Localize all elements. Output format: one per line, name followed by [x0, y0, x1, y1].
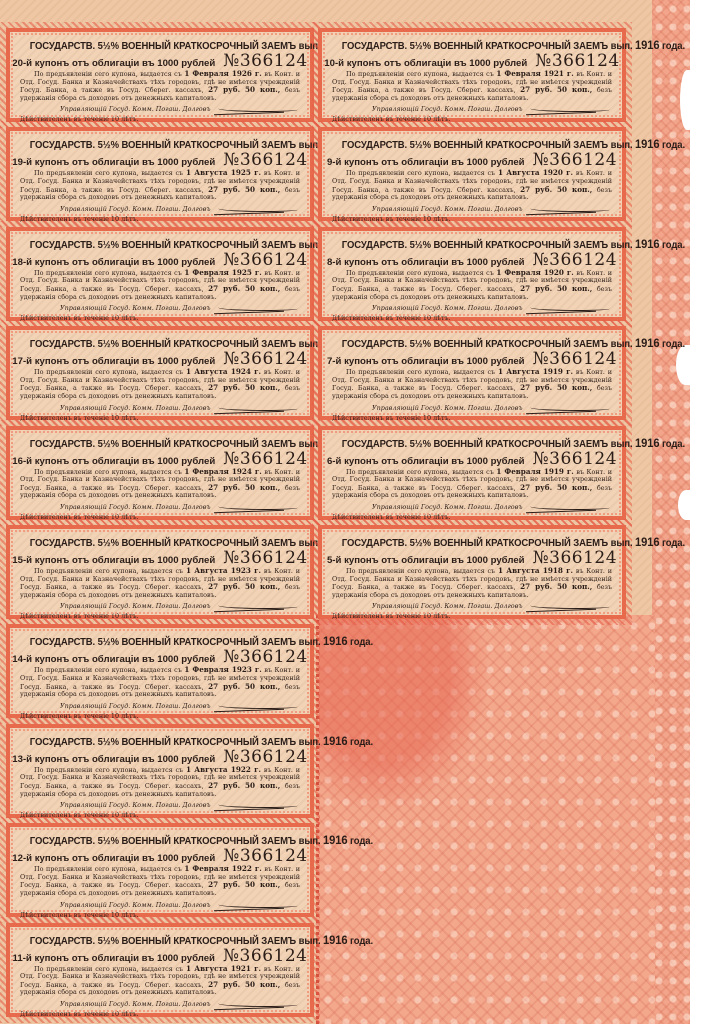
coupon-title-text: ГОСУДАРСТВ. 5½% ВОЕННЫЙ КРАТКОСРОЧНЫЙ ЗА… [342, 240, 633, 251]
coupon-suffix: купонъ отъ облигаціи въ 1000 рублей [34, 953, 215, 964]
validity-text: Дѣйствителенъ въ теченіе 10 лѣтъ. [20, 513, 300, 521]
coupon-6: ГОСУДАРСТВ. 5½% ВОЕННЫЙ КРАТКОСРОЧНЫЙ ЗА… [318, 426, 626, 520]
signatory-title: Управляющій Госуд. Комм. Погаш. Долговъ [60, 602, 211, 610]
coupon-title: ГОСУДАРСТВ. 5½% ВОЕННЫЙ КРАТКОСРОЧНЫЙ ЗА… [342, 38, 602, 52]
serial-number: №366124 [223, 649, 307, 665]
signature-line: Управляющій Госуд. Комм. Погаш. Долговъ [332, 203, 612, 215]
coupon-header-line: 15-й купонъ отъ облигаціи въ 1000 рублей… [20, 550, 300, 566]
coupon-title-text: ГОСУДАРСТВ. 5½% ВОЕННЫЙ КРАТКОСРОЧНЫЙ ЗА… [30, 637, 321, 648]
coupon-10: ГОСУДАРСТВ. 5½% ВОЕННЫЙ КРАТКОСРОЧНЫЙ ЗА… [318, 28, 626, 122]
signature-icon [214, 103, 300, 115]
signature-icon [214, 600, 300, 612]
signatory-title: Управляющій Госуд. Комм. Погаш. Долговъ [60, 1000, 211, 1008]
coupon-14: ГОСУДАРСТВ. 5½% ВОЕННЫЙ КРАТКОСРОЧНЫЙ ЗА… [6, 624, 314, 718]
coupon-title-text: ГОСУДАРСТВ. 5½% ВОЕННЫЙ КРАТКОСРОЧНЫЙ ЗА… [30, 339, 321, 350]
coupon-8: ГОСУДАРСТВ. 5½% ВОЕННЫЙ КРАТКОСРОЧНЫЙ ЗА… [318, 227, 626, 321]
signature-line: Управляющій Госуд. Комм. Погаш. Долговъ [332, 501, 612, 513]
coupon-title-suffix: года. [662, 339, 685, 350]
coupon-title: ГОСУДАРСТВ. 5½% ВОЕННЫЙ КРАТКОСРОЧНЫЙ ЗА… [342, 436, 602, 450]
coupon-amount: 27 руб. 50 коп., [208, 185, 280, 194]
coupon-13: ГОСУДАРСТВ. 5½% ВОЕННЫЙ КРАТКОСРОЧНЫЙ ЗА… [6, 724, 314, 818]
coupon-body: По предъявленіи сего купона, выдается съ… [332, 269, 612, 301]
coupon-suffix: купонъ отъ облигаціи въ 1000 рублей [35, 654, 216, 665]
signature-icon [526, 402, 612, 414]
coupon-body: По предъявленіи сего купона, выдается съ… [20, 368, 300, 400]
coupon-title-year: 1916 [323, 634, 347, 648]
coupon-label: 7-й купонъ отъ облигаціи въ 1000 рублей [327, 356, 525, 367]
coupon-title-year: 1916 [635, 436, 659, 450]
torn-edge [680, 70, 694, 130]
coupon-title-suffix: года. [662, 439, 685, 450]
coupon-15: ГОСУДАРСТВ. 5½% ВОЕННЫЙ КРАТКОСРОЧНЫЙ ЗА… [6, 525, 314, 619]
serial-number: №366124 [533, 152, 617, 168]
torn-edge [678, 490, 694, 520]
coupon-amount: 27 руб. 50 коп., [208, 483, 280, 492]
signature-line: Управляющій Госуд. Комм. Погаш. Долговъ [20, 799, 300, 811]
coupon-label: 14-й купонъ отъ облигаціи въ 1000 рублей [12, 654, 215, 665]
coupon-amount: 27 руб. 50 коп., [208, 284, 280, 293]
validity-text: Дѣйствителенъ въ теченіе 10 лѣтъ. [332, 414, 612, 422]
signature-line: Управляющій Госуд. Комм. Погаш. Долговъ [20, 899, 300, 911]
guilloche-panel [316, 615, 655, 1024]
coupon-number: 10-й [324, 58, 344, 69]
serial-number: №366124 [533, 351, 617, 367]
coupon-title-text: ГОСУДАРСТВ. 5½% ВОЕННЫЙ КРАТКОСРОЧНЫЙ ЗА… [30, 936, 321, 947]
coupon-title-year: 1916 [635, 38, 659, 52]
coupon-20: ГОСУДАРСТВ. 5½% ВОЕННЫЙ КРАТКОСРОЧНЫЙ ЗА… [6, 28, 314, 122]
coupon-title: ГОСУДАРСТВ. 5½% ВОЕННЫЙ КРАТКОСРОЧНЫЙ ЗА… [30, 933, 290, 947]
coupon-title-suffix: года. [662, 140, 685, 151]
validity-text: Дѣйствителенъ въ теченіе 10 лѣтъ. [20, 314, 300, 322]
coupon-header-line: 5-й купонъ отъ облигаціи въ 1000 рублей … [332, 550, 612, 566]
coupon-number: 20-й [12, 58, 32, 69]
coupon-16: ГОСУДАРСТВ. 5½% ВОЕННЫЙ КРАТКОСРОЧНЫЙ ЗА… [6, 426, 314, 520]
coupon-label: 12-й купонъ отъ облигаціи въ 1000 рублей [12, 853, 215, 864]
coupon-11: ГОСУДАРСТВ. 5½% ВОЕННЫЙ КРАТКОСРОЧНЫЙ ЗА… [6, 923, 314, 1017]
signature-icon [214, 799, 300, 811]
coupon-amount: 27 руб. 50 коп., [520, 185, 592, 194]
coupon-body: По предъявленіи сего купона, выдается съ… [20, 169, 300, 201]
coupon-amount: 27 руб. 50 коп., [208, 582, 280, 591]
coupon-body: По предъявленіи сего купона, выдается съ… [332, 567, 612, 599]
coupon-label: 11-й купонъ отъ облигаціи въ 1000 рублей [13, 953, 215, 964]
coupon-label: 9-й купонъ отъ облигаціи въ 1000 рублей [327, 157, 525, 168]
signature-line: Управляющій Госуд. Комм. Погаш. Долговъ [332, 402, 612, 414]
coupon-suffix: купонъ отъ облигаціи въ 1000 рублей [344, 456, 525, 467]
serial-number: №366124 [223, 451, 307, 467]
signature-line: Управляющій Госуд. Комм. Погаш. Долговъ [20, 302, 300, 314]
coupon-suffix: купонъ отъ облигаціи въ 1000 рублей [344, 257, 525, 268]
coupon-header-line: 12-й купонъ отъ облигаціи въ 1000 рублей… [20, 848, 300, 864]
coupon-number: 6-й [327, 456, 341, 467]
serial-number: №366124 [535, 53, 619, 69]
coupon-amount: 27 руб. 50 коп., [208, 682, 280, 691]
signature-icon [214, 402, 300, 414]
coupon-amount: 27 руб. 50 коп., [520, 383, 592, 392]
coupon-header-line: 7-й купонъ отъ облигаціи въ 1000 рублей … [332, 351, 612, 367]
coupon-title-suffix: года. [350, 637, 373, 648]
coupon-number: 18-й [12, 257, 32, 268]
coupon-amount: 27 руб. 50 коп., [208, 383, 280, 392]
coupon-body: По предъявленіи сего купона, выдается съ… [20, 865, 300, 897]
coupon-header-line: 18-й купонъ отъ облигаціи въ 1000 рублей… [20, 252, 300, 268]
coupon-17: ГОСУДАРСТВ. 5½% ВОЕННЫЙ КРАТКОСРОЧНЫЙ ЗА… [6, 326, 314, 420]
coupon-label: 18-й купонъ отъ облигаціи въ 1000 рублей [12, 257, 215, 268]
coupon-label: 17-й купонъ отъ облигаціи въ 1000 рублей [12, 356, 215, 367]
coupon-body: По предъявленіи сего купона, выдается съ… [20, 269, 300, 301]
signature-line: Управляющій Госуд. Комм. Погаш. Долговъ [20, 700, 300, 712]
signatory-title: Управляющій Госуд. Комм. Погаш. Долговъ [60, 901, 211, 909]
coupon-number: 17-й [12, 356, 32, 367]
coupon-title-year: 1916 [635, 237, 659, 251]
coupon-header-line: 10-й купонъ отъ облигаціи въ 1000 рублей… [332, 53, 612, 69]
coupon-header-line: 19-й купонъ отъ облигаціи въ 1000 рублей… [20, 152, 300, 168]
coupon-label: 6-й купонъ отъ облигаціи въ 1000 рублей [327, 456, 525, 467]
coupon-title: ГОСУДАРСТВ. 5½% ВОЕННЫЙ КРАТКОСРОЧНЫЙ ЗА… [30, 634, 290, 648]
coupon-title: ГОСУДАРСТВ. 5½% ВОЕННЫЙ КРАТКОСРОЧНЫЙ ЗА… [30, 137, 290, 151]
coupon-number: 13-й [12, 754, 32, 765]
coupon-suffix: купонъ отъ облигаціи въ 1000 рублей [344, 555, 525, 566]
coupon-title-suffix: года. [662, 538, 685, 549]
coupon-7: ГОСУДАРСТВ. 5½% ВОЕННЫЙ КРАТКОСРОЧНЫЙ ЗА… [318, 326, 626, 420]
coupon-title: ГОСУДАРСТВ. 5½% ВОЕННЫЙ КРАТКОСРОЧНЫЙ ЗА… [30, 237, 290, 251]
coupon-header-line: 14-й купонъ отъ облигаціи въ 1000 рублей… [20, 649, 300, 665]
coupon-suffix: купонъ отъ облигаціи въ 1000 рублей [344, 356, 525, 367]
signature-icon [526, 302, 612, 314]
serial-number: №366124 [223, 749, 307, 765]
coupon-number: 15-й [12, 555, 32, 566]
coupon-number: 9-й [327, 157, 341, 168]
signature-line: Управляющій Госуд. Комм. Погаш. Долговъ [332, 600, 612, 612]
coupon-number: 7-й [327, 356, 341, 367]
coupon-19: ГОСУДАРСТВ. 5½% ВОЕННЫЙ КРАТКОСРОЧНЫЙ ЗА… [6, 127, 314, 221]
signature-icon [526, 103, 612, 115]
coupon-title-text: ГОСУДАРСТВ. 5½% ВОЕННЫЙ КРАТКОСРОЧНЫЙ ЗА… [342, 538, 633, 549]
signature-icon [526, 600, 612, 612]
coupon-label: 8-й купонъ отъ облигаціи въ 1000 рублей [327, 257, 525, 268]
coupon-title-year: 1916 [635, 137, 659, 151]
coupon-number: 19-й [12, 157, 32, 168]
validity-text: Дѣйствителенъ въ теченіе 10 лѣтъ. [20, 414, 300, 422]
coupon-suffix: купонъ отъ облигаціи въ 1000 рублей [35, 157, 216, 168]
signature-line: Управляющій Госуд. Комм. Погаш. Долговъ [332, 103, 612, 115]
signature-icon [214, 203, 300, 215]
coupon-amount: 27 руб. 50 коп., [520, 483, 592, 492]
validity-text: Дѣйствителенъ въ теченіе 10 лѣтъ. [332, 612, 612, 620]
coupon-title: ГОСУДАРСТВ. 5½% ВОЕННЫЙ КРАТКОСРОЧНЫЙ ЗА… [342, 336, 602, 350]
validity-text: Дѣйствителенъ въ теченіе 10 лѣтъ. [332, 215, 612, 223]
coupon-suffix: купонъ отъ облигаціи въ 1000 рублей [35, 257, 216, 268]
serial-number: №366124 [223, 252, 307, 268]
coupon-title-year: 1916 [323, 833, 347, 847]
coupon-title: ГОСУДАРСТВ. 5½% ВОЕННЫЙ КРАТКОСРОЧНЫЙ ЗА… [342, 237, 602, 251]
signatory-title: Управляющій Госуд. Комм. Погаш. Долговъ [372, 602, 523, 610]
coupon-9: ГОСУДАРСТВ. 5½% ВОЕННЫЙ КРАТКОСРОЧНЫЙ ЗА… [318, 127, 626, 221]
serial-number: №366124 [223, 550, 307, 566]
coupon-suffix: купонъ отъ облигаціи въ 1000 рублей [347, 58, 528, 69]
signatory-title: Управляющій Госуд. Комм. Погаш. Долговъ [60, 205, 211, 213]
signatory-title: Управляющій Госуд. Комм. Погаш. Долговъ [60, 503, 211, 511]
coupon-header-line: 20-й купонъ отъ облигаціи въ 1000 рублей… [20, 53, 300, 69]
coupon-number: 14-й [12, 654, 32, 665]
coupon-amount: 27 руб. 50 коп., [520, 582, 592, 591]
coupon-body: По предъявленіи сего купона, выдается съ… [20, 468, 300, 500]
coupon-5: ГОСУДАРСТВ. 5½% ВОЕННЫЙ КРАТКОСРОЧНЫЙ ЗА… [318, 525, 626, 619]
coupon-number: 5-й [327, 555, 341, 566]
coupon-label: 10-й купонъ отъ облигаціи въ 1000 рублей [324, 58, 527, 69]
coupon-header-line: 17-й купонъ отъ облигаціи въ 1000 рублей… [20, 351, 300, 367]
coupon-body: По предъявленіи сего купона, выдается съ… [332, 70, 612, 102]
signature-icon [214, 899, 300, 911]
coupon-body: По предъявленіи сего купона, выдается съ… [20, 766, 300, 798]
coupon-label: 19-й купонъ отъ облигаціи въ 1000 рублей [12, 157, 215, 168]
coupon-suffix: купонъ отъ облигаціи въ 1000 рублей [35, 853, 216, 864]
coupon-title-suffix: года. [350, 737, 373, 748]
coupon-suffix: купонъ отъ облигаціи въ 1000 рублей [35, 456, 216, 467]
signatory-title: Управляющій Госуд. Комм. Погаш. Долговъ [372, 205, 523, 213]
signatory-title: Управляющій Госуд. Комм. Погаш. Долговъ [60, 105, 211, 113]
coupon-title: ГОСУДАРСТВ. 5½% ВОЕННЫЙ КРАТКОСРОЧНЫЙ ЗА… [30, 734, 290, 748]
validity-text: Дѣйствителенъ въ теченіе 10 лѣтъ. [20, 911, 300, 919]
coupon-title-text: ГОСУДАРСТВ. 5½% ВОЕННЫЙ КРАТКОСРОЧНЫЙ ЗА… [30, 737, 321, 748]
coupon-label: 16-й купонъ отъ облигаціи въ 1000 рублей [12, 456, 215, 467]
coupon-suffix: купонъ отъ облигаціи въ 1000 рублей [35, 58, 216, 69]
coupon-title-text: ГОСУДАРСТВ. 5½% ВОЕННЫЙ КРАТКОСРОЧНЫЙ ЗА… [30, 439, 321, 450]
signature-line: Управляющій Госуд. Комм. Погаш. Долговъ [20, 402, 300, 414]
coupon-body: По предъявленіи сего купона, выдается съ… [20, 666, 300, 698]
coupon-title: ГОСУДАРСТВ. 5½% ВОЕННЫЙ КРАТКОСРОЧНЫЙ ЗА… [30, 535, 290, 549]
coupon-18: ГОСУДАРСТВ. 5½% ВОЕННЫЙ КРАТКОСРОЧНЫЙ ЗА… [6, 227, 314, 321]
coupon-title: ГОСУДАРСТВ. 5½% ВОЕННЫЙ КРАТКОСРОЧНЫЙ ЗА… [30, 336, 290, 350]
serial-number: №366124 [223, 152, 307, 168]
signatory-title: Управляющій Госуд. Комм. Погаш. Долговъ [60, 801, 211, 809]
coupon-body: По предъявленіи сего купона, выдается съ… [20, 965, 300, 997]
coupon-header-line: 11-й купонъ отъ облигаціи въ 1000 рублей… [20, 948, 300, 964]
signature-icon [526, 203, 612, 215]
serial-number: №366124 [533, 550, 617, 566]
coupon-title: ГОСУДАРСТВ. 5½% ВОЕННЫЙ КРАТКОСРОЧНЫЙ ЗА… [342, 137, 602, 151]
coupon-amount: 27 руб. 50 коп., [520, 284, 592, 293]
coupon-amount: 27 руб. 50 коп., [208, 880, 280, 889]
serial-number: №366124 [223, 351, 307, 367]
coupon-12: ГОСУДАРСТВ. 5½% ВОЕННЫЙ КРАТКОСРОЧНЫЙ ЗА… [6, 823, 314, 917]
coupon-title-text: ГОСУДАРСТВ. 5½% ВОЕННЫЙ КРАТКОСРОЧНЫЙ ЗА… [342, 41, 633, 52]
coupon-title-suffix: года. [350, 836, 373, 847]
coupon-label: 15-й купонъ отъ облигаціи въ 1000 рублей [12, 555, 215, 566]
coupon-amount: 27 руб. 50 коп., [208, 781, 280, 790]
signatory-title: Управляющій Госуд. Комм. Погаш. Долговъ [60, 304, 211, 312]
coupon-title-year: 1916 [323, 734, 347, 748]
signatory-title: Управляющій Госуд. Комм. Погаш. Долговъ [60, 702, 211, 710]
signature-icon [214, 501, 300, 513]
coupon-suffix: купонъ отъ облигаціи въ 1000 рублей [35, 754, 216, 765]
coupon-title-text: ГОСУДАРСТВ. 5½% ВОЕННЫЙ КРАТКОСРОЧНЫЙ ЗА… [342, 140, 633, 151]
coupon-header-line: 9-й купонъ отъ облигаціи въ 1000 рублей … [332, 152, 612, 168]
validity-text: Дѣйствителенъ въ теченіе 10 лѣтъ. [332, 115, 612, 123]
signature-line: Управляющій Госуд. Комм. Погаш. Долговъ [20, 501, 300, 513]
serial-number: №366124 [533, 252, 617, 268]
serial-number: №366124 [533, 451, 617, 467]
coupon-label: 20-й купонъ отъ облигаціи въ 1000 рублей [12, 58, 215, 69]
coupon-title-text: ГОСУДАРСТВ. 5½% ВОЕННЫЙ КРАТКОСРОЧНЫЙ ЗА… [30, 41, 321, 52]
signature-icon [214, 998, 300, 1010]
serial-number: №366124 [223, 53, 307, 69]
signatory-title: Управляющій Госуд. Комм. Погаш. Долговъ [372, 404, 523, 412]
validity-text: Дѣйствителенъ въ теченіе 10 лѣтъ. [332, 513, 612, 521]
coupon-number: 16-й [12, 456, 32, 467]
coupon-title-text: ГОСУДАРСТВ. 5½% ВОЕННЫЙ КРАТКОСРОЧНЫЙ ЗА… [30, 140, 321, 151]
coupon-amount: 27 руб. 50 коп., [208, 980, 280, 989]
coupon-title: ГОСУДАРСТВ. 5½% ВОЕННЫЙ КРАТКОСРОЧНЫЙ ЗА… [30, 436, 290, 450]
signature-line: Управляющій Госуд. Комм. Погаш. Долговъ [20, 600, 300, 612]
coupon-header-line: 16-й купонъ отъ облигаціи въ 1000 рублей… [20, 451, 300, 467]
signature-line: Управляющій Госуд. Комм. Погаш. Долговъ [332, 302, 612, 314]
signature-line: Управляющій Госуд. Комм. Погаш. Долговъ [20, 103, 300, 115]
coupon-number: 8-й [327, 257, 341, 268]
coupon-suffix: купонъ отъ облигаціи въ 1000 рублей [35, 555, 216, 566]
signatory-title: Управляющій Госуд. Комм. Погаш. Долговъ [60, 404, 211, 412]
coupon-body: По предъявленіи сего купона, выдается съ… [332, 169, 612, 201]
coupon-title-year: 1916 [323, 933, 347, 947]
signature-icon [214, 700, 300, 712]
validity-text: Дѣйствителенъ въ теченіе 10 лѣтъ. [20, 1010, 300, 1018]
coupon-amount: 27 руб. 50 коп., [208, 85, 280, 94]
coupon-suffix: купонъ отъ облигаціи въ 1000 рублей [35, 356, 216, 367]
coupon-amount: 27 руб. 50 коп., [520, 85, 592, 94]
coupon-label: 13-й купонъ отъ облигаціи въ 1000 рублей [12, 754, 215, 765]
coupon-title-text: ГОСУДАРСТВ. 5½% ВОЕННЫЙ КРАТКОСРОЧНЫЙ ЗА… [30, 240, 321, 251]
validity-text: Дѣйствителенъ въ теченіе 10 лѣтъ. [332, 314, 612, 322]
serial-number: №366124 [223, 948, 307, 964]
coupon-body: По предъявленіи сего купона, выдается съ… [332, 468, 612, 500]
validity-text: Дѣйствителенъ въ теченіе 10 лѣтъ. [20, 712, 300, 720]
coupon-number: 11-й [13, 953, 32, 964]
coupon-header-line: 13-й купонъ отъ облигаціи въ 1000 рублей… [20, 749, 300, 765]
signature-icon [526, 501, 612, 513]
serial-number: №366124 [223, 848, 307, 864]
validity-text: Дѣйствителенъ въ теченіе 10 лѣтъ. [20, 115, 300, 123]
coupon-title-suffix: года. [350, 936, 373, 947]
coupon-number: 12-й [12, 853, 32, 864]
coupon-title-year: 1916 [635, 336, 659, 350]
signature-line: Управляющій Госуд. Комм. Погаш. Долговъ [20, 203, 300, 215]
coupon-label: 5-й купонъ отъ облигаціи въ 1000 рублей [327, 555, 525, 566]
coupon-body: По предъявленіи сего купона, выдается съ… [20, 70, 300, 102]
coupon-body: По предъявленіи сего купона, выдается съ… [332, 368, 612, 400]
coupon-title-suffix: года. [662, 240, 685, 251]
coupon-header-line: 6-й купонъ отъ облигаціи въ 1000 рублей … [332, 451, 612, 467]
torn-edge [676, 345, 694, 385]
coupon-title-suffix: года. [662, 41, 685, 52]
validity-text: Дѣйствителенъ въ теченіе 10 лѣтъ. [20, 612, 300, 620]
signature-icon [214, 302, 300, 314]
coupon-body: По предъявленіи сего купона, выдается съ… [20, 567, 300, 599]
coupon-title: ГОСУДАРСТВ. 5½% ВОЕННЫЙ КРАТКОСРОЧНЫЙ ЗА… [30, 833, 290, 847]
signatory-title: Управляющій Госуд. Комм. Погаш. Долговъ [372, 503, 523, 511]
coupon-title-text: ГОСУДАРСТВ. 5½% ВОЕННЫЙ КРАТКОСРОЧНЫЙ ЗА… [30, 538, 321, 549]
coupon-title: ГОСУДАРСТВ. 5½% ВОЕННЫЙ КРАТКОСРОЧНЫЙ ЗА… [342, 535, 602, 549]
coupon-title-text: ГОСУДАРСТВ. 5½% ВОЕННЫЙ КРАТКОСРОЧНЫЙ ЗА… [342, 339, 633, 350]
coupon-title-text: ГОСУДАРСТВ. 5½% ВОЕННЫЙ КРАТКОСРОЧНЫЙ ЗА… [30, 836, 321, 847]
coupon-title-text: ГОСУДАРСТВ. 5½% ВОЕННЫЙ КРАТКОСРОЧНЫЙ ЗА… [342, 439, 633, 450]
validity-text: Дѣйствителенъ въ теченіе 10 лѣтъ. [20, 215, 300, 223]
coupon-title: ГОСУДАРСТВ. 5½% ВОЕННЫЙ КРАТКОСРОЧНЫЙ ЗА… [30, 38, 290, 52]
coupon-title-year: 1916 [635, 535, 659, 549]
signatory-title: Управляющій Госуд. Комм. Погаш. Долговъ [372, 304, 523, 312]
signatory-title: Управляющій Госуд. Комм. Погаш. Долговъ [372, 105, 523, 113]
signature-line: Управляющій Госуд. Комм. Погаш. Долговъ [20, 998, 300, 1010]
validity-text: Дѣйствителенъ въ теченіе 10 лѣтъ. [20, 811, 300, 819]
coupon-suffix: купонъ отъ облигаціи въ 1000 рублей [344, 157, 525, 168]
coupon-header-line: 8-й купонъ отъ облигаціи въ 1000 рублей … [332, 252, 612, 268]
